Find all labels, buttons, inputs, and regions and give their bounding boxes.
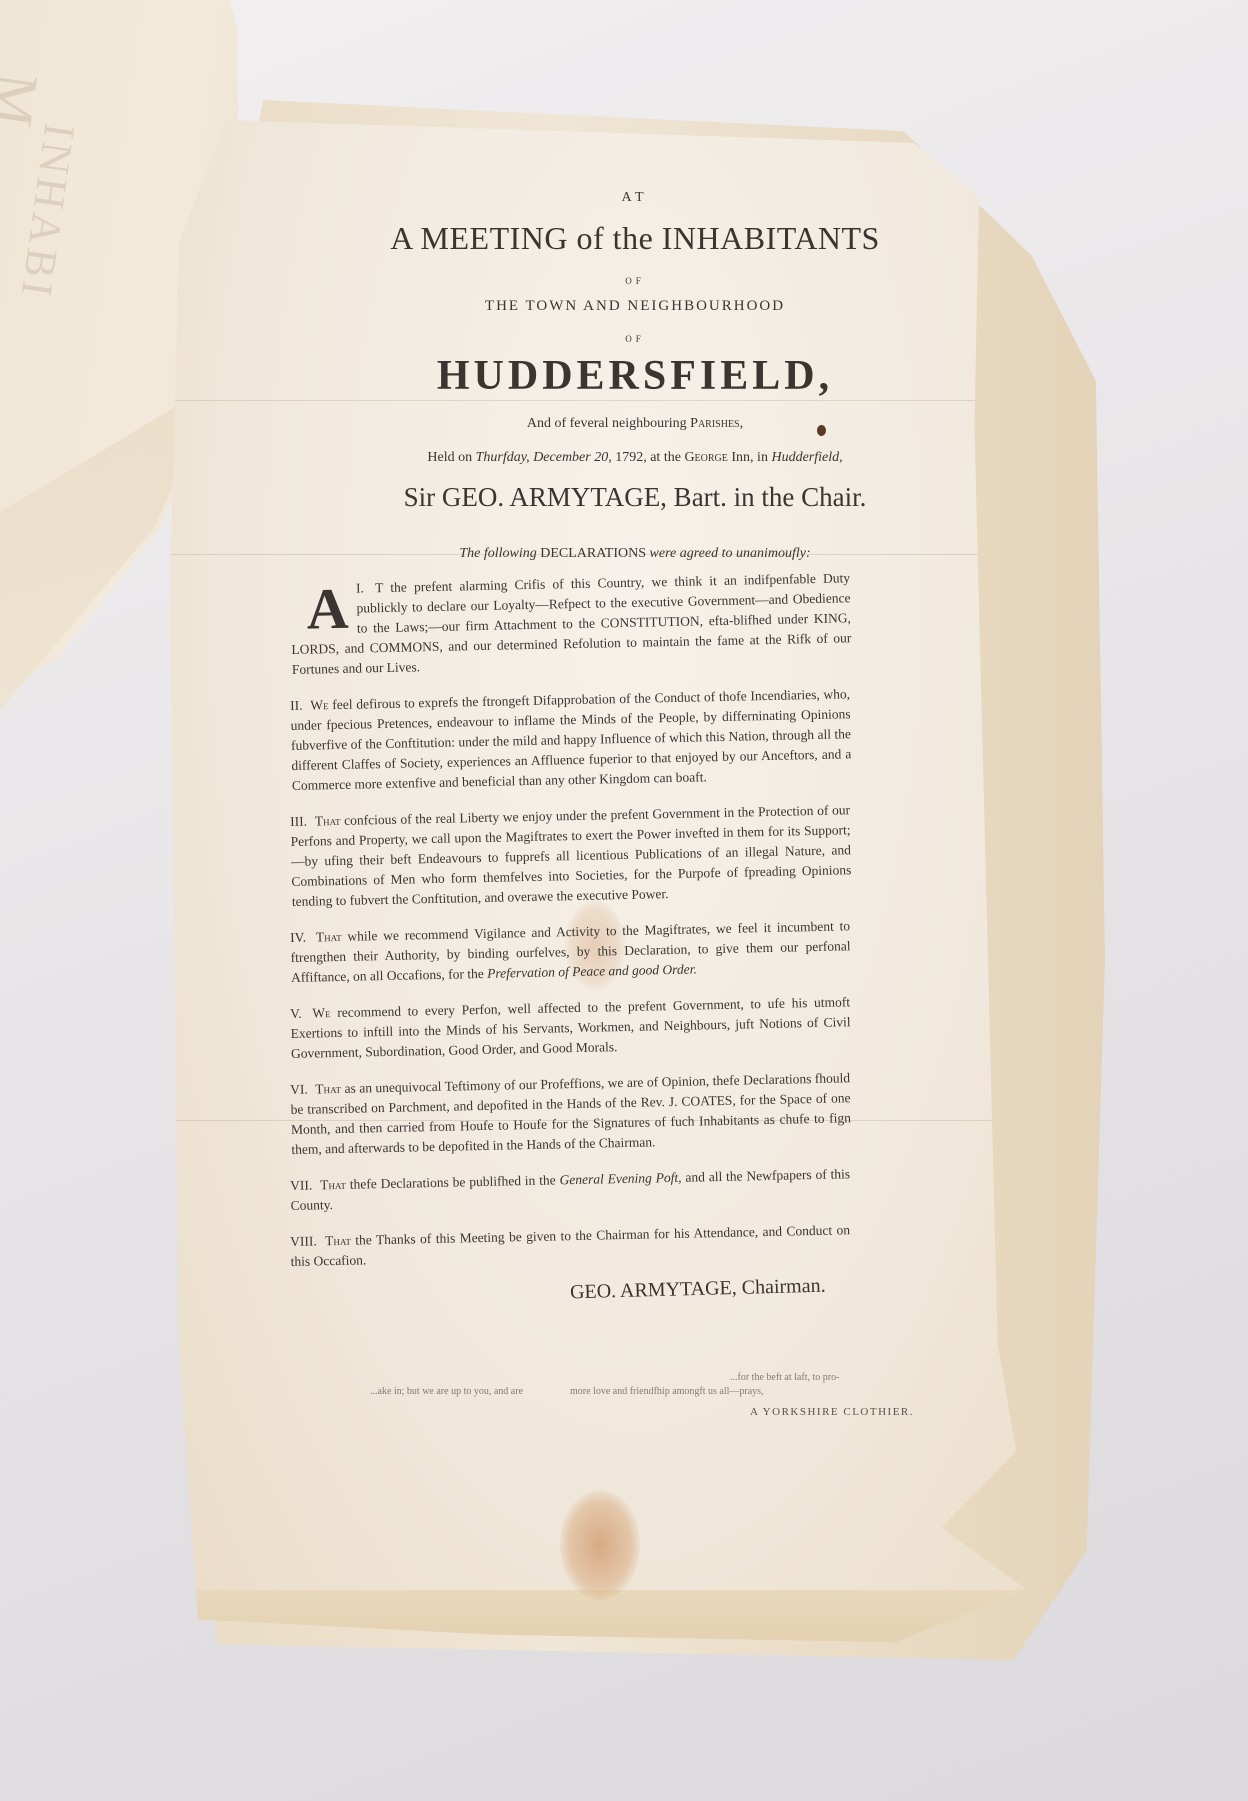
declaration-lead: That [325, 1233, 351, 1249]
declaration-number: II. [290, 698, 303, 713]
parishes-line: And of feveral neighbouring Parishes, [170, 416, 1100, 432]
held-day: Thurfday, [476, 450, 530, 465]
declaration-item: II. We feel defirous to exprefs the ftro… [290, 684, 852, 796]
pamphlet-ghost-text: INHABI [10, 120, 85, 303]
declaration-text: recommend to every Perfon, well affected… [290, 994, 850, 1061]
declaration-text: feel defirous to exprefs the ftrongeft D… [290, 686, 851, 793]
declaration-italic: General Evening Poft, [559, 1170, 681, 1188]
declaration-lead: We [312, 1005, 331, 1020]
declaration-text: T the prefent alarming Crifis of this Co… [291, 570, 851, 677]
fold-crease [170, 400, 1100, 401]
folded-bottom-strip [170, 1590, 1100, 1750]
declaration-item: VII. That thefe Declarations be publifhe… [290, 1164, 851, 1216]
held-place: Hudderfield, [771, 450, 842, 465]
held-date: December 20, [530, 450, 616, 465]
declaration-item: V. We recommend to every Perfon, well af… [290, 992, 851, 1064]
declaration-number: VI. [290, 1082, 308, 1097]
underprint-fragment: more love and friendfhip amongft us all—… [570, 1386, 764, 1397]
following-italic: were agreed to unanimoufly: [646, 546, 811, 561]
declaration-text: the Thanks of this Meeting be given to t… [290, 1222, 850, 1269]
declaration-number: III. [290, 814, 307, 829]
held-line: Held on Thurfday, December 20, 1792, at … [170, 450, 1100, 466]
declaration-item: I. A T the prefent alarming Crifis of th… [290, 568, 852, 680]
declaration-lead: We [310, 697, 329, 712]
parishes-word: Parishes, [690, 416, 743, 431]
declaration-lead: That [320, 1177, 346, 1193]
declaration-number: VIII. [290, 1233, 317, 1249]
held-prefix: Held on [427, 450, 475, 465]
declaration-item: VI. That as an unequivocal Teftimony of … [290, 1068, 852, 1160]
declaration-lead: That [315, 813, 341, 829]
declaration-number: IV. [290, 930, 306, 945]
declaration-item: IV. That while we recommend Vigilance an… [290, 916, 851, 988]
following-italic: The following [459, 546, 540, 561]
following-line: The following DECLARATIONS were agreed t… [170, 546, 1100, 562]
heading-at: AT [170, 190, 1100, 206]
declaration-item: III. That confcious of the real Liberty … [290, 800, 852, 912]
declaration-item: VIII. That the Thanks of this Meeting be… [290, 1220, 851, 1272]
parishes-prefix: And of feveral neighbouring [527, 416, 690, 431]
drop-cap: A [306, 583, 349, 636]
declaration-number: VII. [290, 1178, 312, 1193]
declaration-number: V. [290, 1006, 302, 1021]
held-inn-rest: Inn, in [728, 450, 772, 465]
declaration-number: I. [356, 580, 364, 595]
heading-town-name: HUDDERSFIELD, [170, 352, 1100, 400]
held-at: at the [647, 450, 685, 465]
declaration-lead: That [315, 1081, 341, 1097]
underprint-fragment: ...for the beft at laft, to pro- [730, 1372, 839, 1383]
underprint-signature: A YORKSHIRE CLOTHIER. [750, 1406, 914, 1418]
heading-of: OF [170, 276, 1100, 286]
heading-town-neighbourhood: THE TOWN AND NEIGHBOURHOOD [170, 298, 1100, 315]
wax-seal-stain [560, 1490, 640, 1600]
heading-of: OF [170, 334, 1100, 344]
heading-meeting: A MEETING of the INHABITANTS [170, 220, 1100, 257]
declaration-text: as an unequivocal Teftimony of our Profe… [290, 1070, 851, 1157]
declaration-text: thefe Declarations be publifhed in the [346, 1172, 560, 1191]
held-inn-name: George [684, 450, 727, 465]
following-caps: DECLARATIONS [540, 546, 646, 561]
held-year: 1792, [615, 450, 647, 465]
underprint-fragment: ...ake in; but we are up to you, and are [370, 1386, 523, 1397]
declaration-lead: That [316, 929, 342, 945]
declaration-text: confcious of the real Liberty we enjoy u… [290, 802, 851, 909]
declaration-italic: Prefervation of Peace and good Order. [487, 961, 697, 980]
chair-line: Sir GEO. ARMYTAGE, Bart. in the Chair. [170, 482, 1100, 513]
declarations-list: I. A T the prefent alarming Crifis of th… [290, 580, 850, 1288]
